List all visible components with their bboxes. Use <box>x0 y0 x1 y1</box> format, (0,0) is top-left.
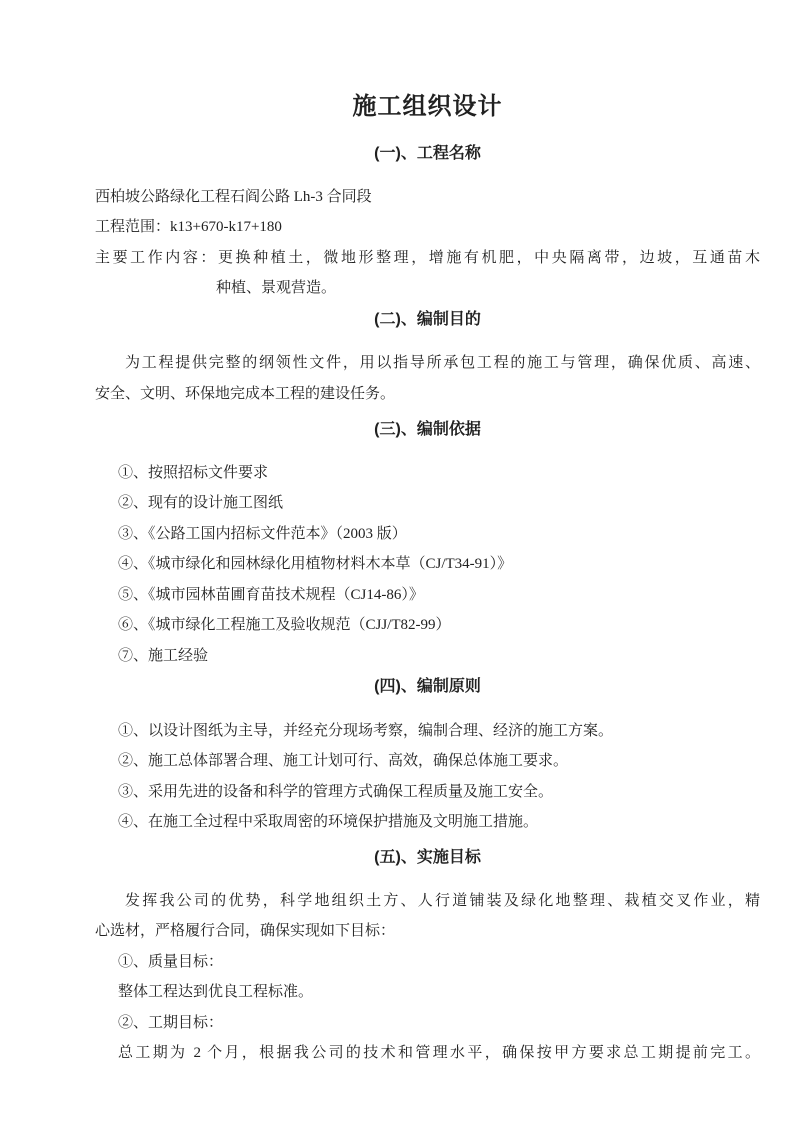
paragraph-line: ④、《城市绿化和园林绿化用植物材料木本草（CJ/T34-91）》 <box>95 549 760 580</box>
paragraph-line: ①、质量目标： <box>95 947 760 978</box>
section-heading: (四)、编制原则 <box>95 671 760 702</box>
paragraph-line: ①、以设计图纸为主导，并经充分现场考察，编制合理、经济的施工方案。 <box>95 716 760 747</box>
section-lines: ①、按照招标文件要求②、现有的设计施工图纸③、《公路工国内招标文件范本》（200… <box>95 458 760 672</box>
section-lines: 西柏坡公路绿化工程石阎公路 Lh-3 合同段工程范围：k13+670-k17+1… <box>95 182 760 304</box>
section: (四)、编制原则①、以设计图纸为主导，并经充分现场考察，编制合理、经济的施工方案… <box>95 671 760 837</box>
section-heading: (一)、工程名称 <box>95 138 760 169</box>
paragraph-line: ③、《公路工国内招标文件范本》（2003 版） <box>95 519 760 550</box>
paragraph-line: ②、工期目标： <box>95 1008 760 1039</box>
paragraph-line: ①、按照招标文件要求 <box>95 458 760 489</box>
paragraph-line: ⑦、施工经验 <box>95 641 760 672</box>
paragraph-line: 发挥我公司的优势，科学地组织土方、人行道铺装及绿化地整理、栽植交叉作业，精 <box>95 886 760 917</box>
paragraph-line: ②、现有的设计施工图纸 <box>95 488 760 519</box>
paragraph-line: 种植、景观营造。 <box>95 273 760 304</box>
paragraph-line: ②、施工总体部署合理、施工计划可行、高效，确保总体施工要求。 <box>95 746 760 777</box>
section-heading: (三)、编制依据 <box>95 414 760 445</box>
paragraph-line: 总工期为 2 个月，根据我公司的技术和管理水平，确保按甲方要求总工期提前完工。 <box>95 1038 760 1069</box>
section-lines: 发挥我公司的优势，科学地组织土方、人行道铺装及绿化地整理、栽植交叉作业，精心选材… <box>95 886 760 1069</box>
section-lines: ①、以设计图纸为主导，并经充分现场考察，编制合理、经济的施工方案。②、施工总体部… <box>95 716 760 838</box>
paragraph-line: ④、在施工全过程中采取周密的环境保护措施及文明施工措施。 <box>95 807 760 838</box>
paragraph-line: 安全、文明、环保地完成本工程的建设任务。 <box>95 379 760 410</box>
section: (三)、编制依据①、按照招标文件要求②、现有的设计施工图纸③、《公路工国内招标文… <box>95 414 760 672</box>
paragraph-line: ⑥、《城市绿化工程施工及验收规范（CJJ/T82-99） <box>95 610 760 641</box>
paragraph-line: 心选材，严格履行合同，确保实现如下目标： <box>95 916 760 947</box>
paragraph-line: 整体工程达到优良工程标准。 <box>95 977 760 1008</box>
paragraph-line: ③、采用先进的设备和科学的管理方式确保工程质量及施工安全。 <box>95 777 760 808</box>
paragraph-line: 主要工作内容：更换种植土，微地形整理，增施有机肥，中央隔离带，边坡，互通苗木 <box>95 243 760 274</box>
document-title: 施工组织设计 <box>95 89 760 125</box>
section-heading: (二)、编制目的 <box>95 304 760 335</box>
document-page: 施工组织设计 (一)、工程名称西柏坡公路绿化工程石阎公路 Lh-3 合同段工程范… <box>0 0 794 1123</box>
section: (一)、工程名称西柏坡公路绿化工程石阎公路 Lh-3 合同段工程范围：k13+6… <box>95 138 760 304</box>
section: (五)、实施目标发挥我公司的优势，科学地组织土方、人行道铺装及绿化地整理、栽植交… <box>95 842 760 1069</box>
paragraph-line: 为工程提供完整的纲领性文件，用以指导所承包工程的施工与管理，确保优质、高速、 <box>95 348 760 379</box>
paragraph-line: 工程范围：k13+670-k17+180 <box>95 212 760 243</box>
paragraph-line: ⑤、《城市园林苗圃育苗技术规程（CJ14-86）》 <box>95 580 760 611</box>
document-content: 施工组织设计 (一)、工程名称西柏坡公路绿化工程石阎公路 Lh-3 合同段工程范… <box>0 89 794 1069</box>
paragraph-line: 西柏坡公路绿化工程石阎公路 Lh-3 合同段 <box>95 182 760 213</box>
document-sections: (一)、工程名称西柏坡公路绿化工程石阎公路 Lh-3 合同段工程范围：k13+6… <box>95 138 760 1069</box>
section: (二)、编制目的为工程提供完整的纲领性文件，用以指导所承包工程的施工与管理，确保… <box>95 304 760 409</box>
section-heading: (五)、实施目标 <box>95 842 760 873</box>
section-lines: 为工程提供完整的纲领性文件，用以指导所承包工程的施工与管理，确保优质、高速、安全… <box>95 348 760 409</box>
